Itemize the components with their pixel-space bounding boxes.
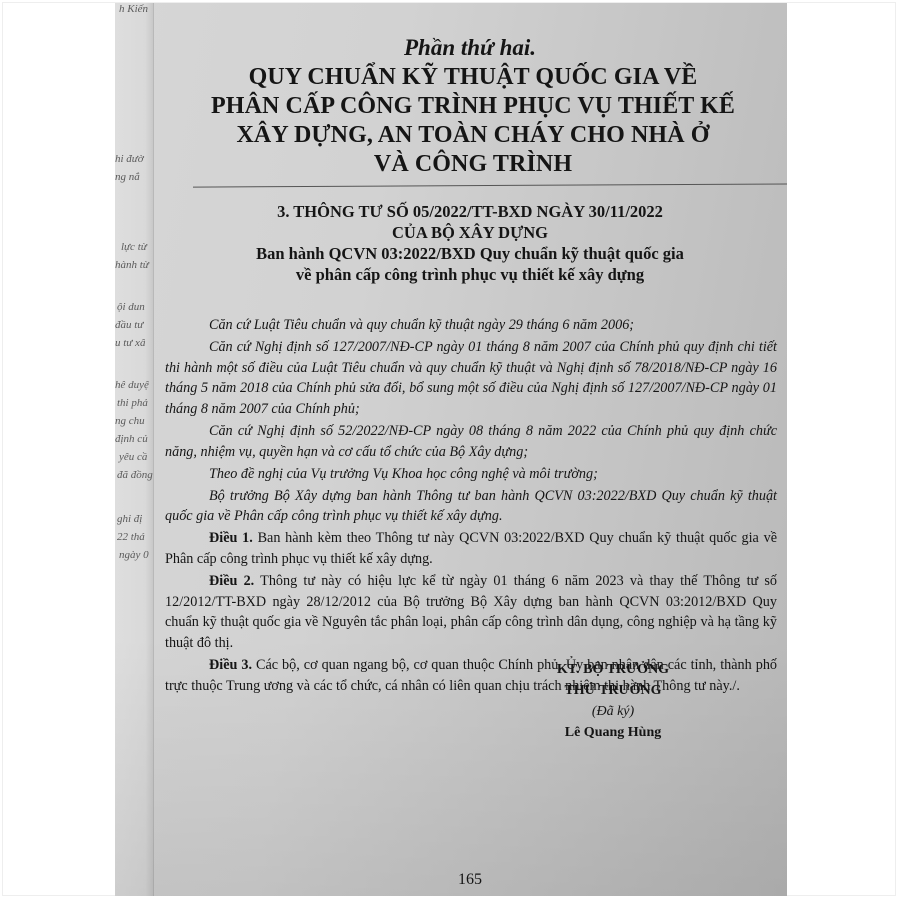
section-title-line: về phân cấp công trình phục vụ thiết kế … bbox=[153, 264, 787, 285]
adjacent-text-fragment: hi đườ bbox=[115, 153, 144, 165]
document-page: Phần thứ hai. QUY CHUẨN KỸ THUẬT QUỐC GI… bbox=[153, 3, 787, 896]
adjacent-text-fragment: định củ bbox=[115, 433, 148, 445]
adjacent-text-fragment: h Kiến bbox=[119, 3, 148, 15]
adjacent-text-fragment: u tư xâ bbox=[115, 337, 145, 349]
article-1: Điều 1. Ban hành kèm theo Thông tư này Q… bbox=[165, 528, 777, 569]
adjacent-text-fragment: yêu cầ bbox=[119, 451, 147, 463]
book-page-photo: h Kiến hi đườ ng nắ lực từ hành từ ội du… bbox=[115, 3, 787, 896]
signature-title: KT. BỘ TRƯỞNG bbox=[483, 659, 743, 680]
page-number: 165 bbox=[153, 871, 787, 889]
signer-name: Lê Quang Hùng bbox=[483, 722, 743, 743]
main-title-line: VÀ CÔNG TRÌNH bbox=[163, 150, 783, 179]
adjacent-text-fragment: ng chu bbox=[115, 415, 145, 427]
article-2: Điều 2. Thông tư này có hiệu lực kể từ n… bbox=[165, 571, 777, 653]
main-title-line: QUY CHUẨN KỸ THUẬT QUỐC GIA VỀ bbox=[163, 63, 783, 92]
main-title-line: XÂY DỰNG, AN TOÀN CHÁY CHO NHÀ Ở bbox=[163, 121, 783, 150]
main-title-line: PHÂN CẤP CÔNG TRÌNH PHỤC VỤ THIẾT KẾ bbox=[163, 92, 783, 121]
signature-position: THỨ TRƯỞNG bbox=[483, 680, 743, 701]
document-body: Căn cứ Luật Tiêu chuẩn và quy chuẩn kỹ t… bbox=[165, 315, 777, 698]
adjacent-text-fragment: hành từ bbox=[115, 259, 149, 271]
adjacent-text-fragment: hê duyệ bbox=[115, 379, 149, 391]
article-label: Điều 1. bbox=[209, 530, 253, 546]
part-title: Phần thứ hai. bbox=[153, 35, 787, 61]
adjacent-text-fragment: ng nắ bbox=[115, 171, 140, 183]
title-divider bbox=[193, 183, 787, 187]
article-label: Điều 3. bbox=[209, 657, 252, 673]
adjacent-text-fragment: thi phả bbox=[117, 397, 148, 409]
article-label: Điều 2. bbox=[209, 573, 254, 589]
article-text: Thông tư này có hiệu lực kể từ ngày 01 t… bbox=[165, 573, 777, 651]
adjacent-text-fragment: lực từ bbox=[121, 241, 147, 253]
adjacent-text-fragment: ội dun bbox=[117, 301, 145, 313]
preamble-paragraph: Căn cứ Nghị định số 127/2007/NĐ-CP ngày … bbox=[165, 337, 777, 419]
adjacent-page-edge: h Kiến hi đườ ng nắ lực từ hành từ ội du… bbox=[115, 3, 154, 896]
signature-block: KT. BỘ TRƯỞNG THỨ TRƯỞNG (Đã ký) Lê Quan… bbox=[483, 659, 743, 743]
preamble-paragraph: Bộ trưởng Bộ Xây dựng ban hành Thông tư … bbox=[165, 486, 777, 527]
adjacent-text-fragment: ghi đị bbox=[117, 513, 142, 525]
section-title: 3. THÔNG TƯ SỐ 05/2022/TT-BXD NGÀY 30/11… bbox=[153, 201, 787, 285]
section-title-line: Ban hành QCVN 03:2022/BXD Quy chuẩn kỹ t… bbox=[153, 243, 787, 264]
adjacent-text-fragment: 22 thá bbox=[117, 531, 145, 543]
section-title-line: 3. THÔNG TƯ SỐ 05/2022/TT-BXD NGÀY 30/11… bbox=[153, 201, 787, 222]
main-title: QUY CHUẨN KỸ THUẬT QUỐC GIA VỀ PHÂN CẤP … bbox=[163, 63, 783, 179]
preamble-paragraph: Căn cứ Nghị định số 52/2022/NĐ-CP ngày 0… bbox=[165, 421, 777, 462]
adjacent-text-fragment: đã đồng bbox=[117, 469, 153, 481]
preamble-paragraph: Theo đề nghị của Vụ trưởng Vụ Khoa học c… bbox=[165, 464, 777, 485]
preamble-paragraph: Căn cứ Luật Tiêu chuẩn và quy chuẩn kỹ t… bbox=[165, 315, 777, 336]
article-text: Ban hành kèm theo Thông tư này QCVN 03:2… bbox=[165, 530, 777, 567]
adjacent-text-fragment: đầu tư bbox=[115, 319, 143, 331]
section-title-line: CỦA BỘ XÂY DỰNG bbox=[153, 222, 787, 243]
adjacent-text-fragment: ngày 0 bbox=[119, 549, 149, 561]
signature-status: (Đã ký) bbox=[483, 701, 743, 722]
